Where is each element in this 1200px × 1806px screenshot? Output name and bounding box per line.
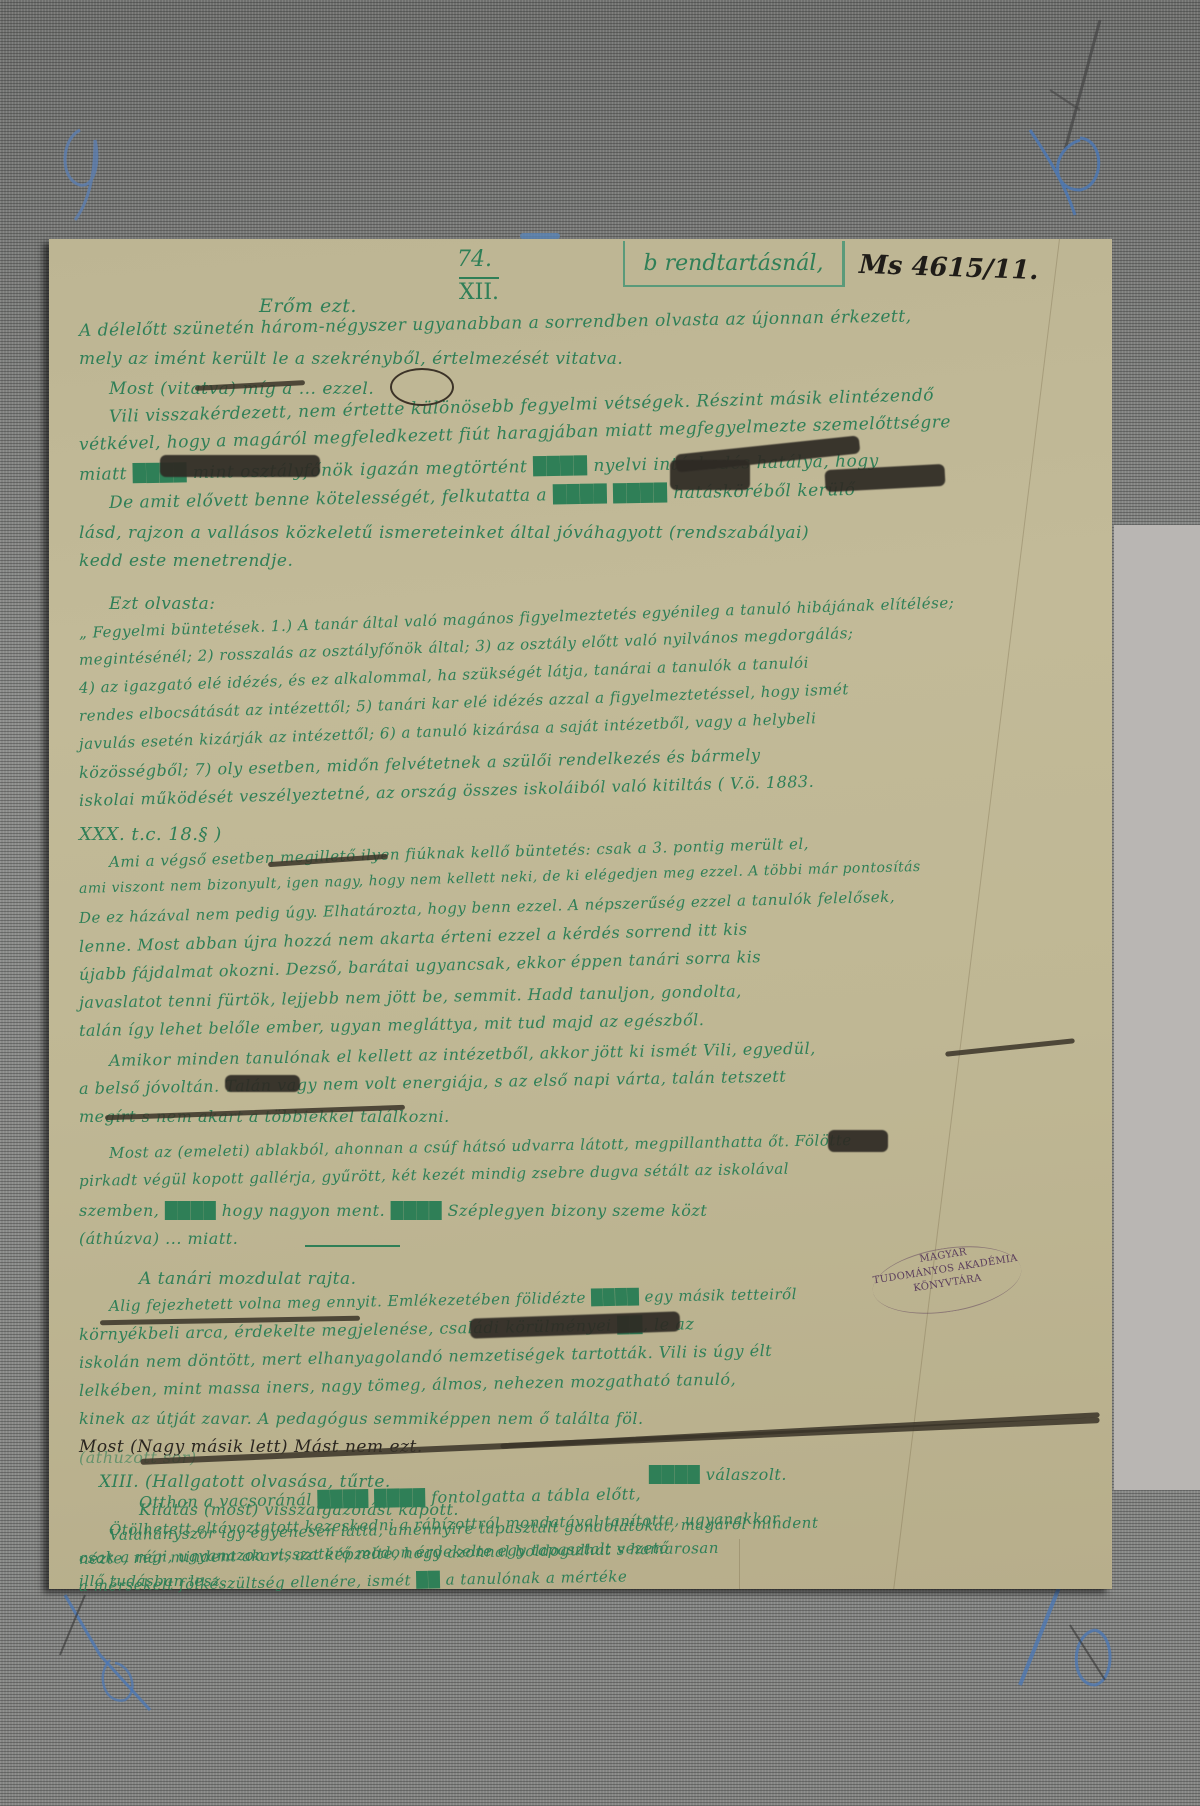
text-line: pirkadt végül kopott gallérja, gyűrött, …: [79, 1160, 789, 1190]
text-line: Ezt olvasta:: [109, 594, 215, 614]
paper-fold: [893, 239, 1060, 1589]
white-backing-board: [1114, 525, 1200, 1490]
pencil-mark-bottom-left: [55, 1585, 175, 1715]
chapter-xiii-line: XIII. (Hallgatott olvasása, tűrte.: [99, 1472, 391, 1492]
shelfmark: Ms 4615/11.: [859, 250, 1040, 286]
boxed-note-text: b rendtartásnál,: [644, 251, 824, 276]
text-line: Alig fejezhetett volna meg ennyit. Emlék…: [109, 1285, 797, 1315]
text-line: szemben, ████ hogy nagyon ment. ████ Szé…: [79, 1201, 707, 1220]
text-line: illő tudásban lesz.: [79, 1572, 226, 1590]
text-line: talán így lehet belőle ember, ugyan megl…: [79, 1010, 705, 1040]
text-line: Erőm ezt.: [259, 295, 357, 317]
text-line: A tanári mozdulat rajta.: [139, 1269, 357, 1289]
ink-redaction: [225, 1075, 300, 1092]
chapter-number: XII.: [459, 277, 499, 305]
ink-redaction: [828, 1130, 888, 1152]
text-line: Kilátás (most) visszaigazolást kapott.: [139, 1500, 459, 1519]
pencil-mark-bottom-right: [1000, 1585, 1140, 1715]
underline-massa-iners: [305, 1245, 400, 1247]
pencil-mark-top-right: [1010, 20, 1130, 230]
text-line: XXX. t.c. 18.§ ): [79, 824, 222, 845]
page-number: 74.: [457, 247, 492, 272]
pencil-mark-top-left: [40, 110, 130, 230]
text-line: a belső jóvoltán. Talán vagy nem volt en…: [79, 1067, 787, 1098]
boxed-margin-note: b rendtartásnál,: [623, 241, 845, 287]
circled-word: [390, 368, 454, 406]
text-line: mely az imént került le a szekrényből, é…: [79, 349, 623, 369]
text-line: iskolán nem döntött, mert elhanyagolandó…: [79, 1341, 772, 1372]
text-line: nézte, már mindent akart, azt képzelte, …: [79, 1539, 719, 1568]
ink-redaction: [160, 455, 320, 477]
text-line: (áthúzva) ... miatt.: [79, 1229, 238, 1248]
manuscript-page: 74. XII. b rendtartásnál, Ms 4615/11. Er…: [49, 239, 1112, 1589]
text-line: A délelőtt szünetén három-négyszer ugyan…: [79, 306, 912, 341]
text-line: lelkében, mint massa iners, nagy tömeg, …: [79, 1370, 736, 1400]
text-line: Most (vitatva) míg a ... ezzel.: [109, 379, 374, 399]
text-line: javaslatot tenni fürtök, lejjebb nem jöt…: [79, 981, 742, 1012]
text-line: kedd este menetrendje.: [79, 551, 293, 571]
text-line: Amikor minden tanulónak el kellett az in…: [109, 1039, 816, 1070]
text-line: lásd, rajzon a vallásos közkeletű ismere…: [79, 523, 809, 543]
text-line: Most az (emeleti) ablakból, ahonnan a cs…: [109, 1131, 852, 1162]
ink-redaction: [670, 460, 750, 490]
